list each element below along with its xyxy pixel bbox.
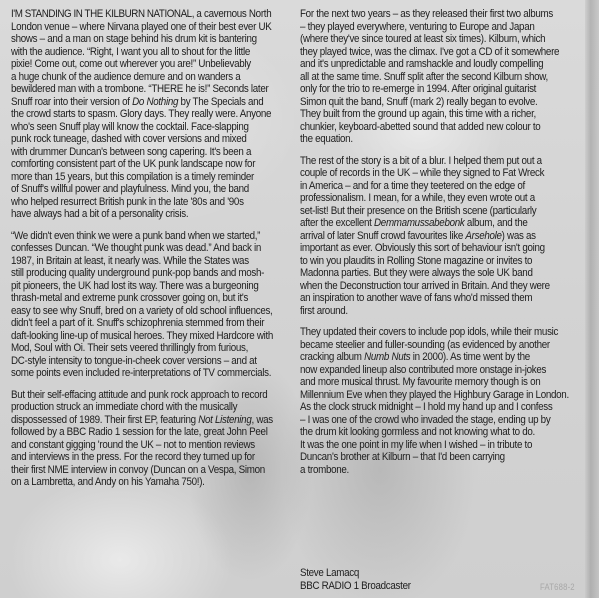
right-column: For the next two years – as they release… xyxy=(300,8,584,485)
song-title: Do Nothing xyxy=(132,96,178,108)
paragraph-rest-of-story: The rest of the story is a bit of a blur… xyxy=(300,155,584,318)
left-column: I'M STANDING IN THE KILBURN NATIONAL, a … xyxy=(11,8,295,498)
album-title: Demmamussabebonk xyxy=(374,217,464,229)
booklet-page: I'M STANDING IN THE KILBURN NATIONAL, a … xyxy=(0,0,599,598)
catalog-number: FAT688-2 xyxy=(540,582,575,592)
author-title: BBC RADIO 1 Broadcaster xyxy=(300,580,411,593)
intro-lead-caps: I'M STANDING IN THE KILBURN NATIONAL, xyxy=(11,8,194,20)
song-title: Not Listening xyxy=(198,414,251,426)
paragraph-text: by The Specials and the crowd starts to … xyxy=(11,96,271,221)
author-signature: Steve Lamacq BBC RADIO 1 Broadcaster xyxy=(300,567,411,592)
paragraph-intro: I'M STANDING IN THE KILBURN NATIONAL, a … xyxy=(11,8,295,221)
paragraph-punk-band: “We didn't even think we were a punk ban… xyxy=(11,230,295,380)
author-name: Steve Lamacq xyxy=(300,567,411,580)
paragraph-text: a cavernous North London venue – where N… xyxy=(11,8,271,108)
paragraph-first-ep: But their self-effacing attitude and pun… xyxy=(11,389,295,489)
paragraph-next-two-years: For the next two years – as they release… xyxy=(300,8,584,146)
song-title: Arsehole xyxy=(465,230,501,242)
paragraph-updated-covers: They updated their covers to include pop… xyxy=(300,326,584,476)
page-edge-shadow xyxy=(585,0,599,598)
paragraph-text: in 2000). As time went by the now expand… xyxy=(300,351,569,476)
paragraph-text: ) was as important as ever. Obviously th… xyxy=(300,230,550,317)
album-title: Numb Nuts xyxy=(364,351,410,363)
